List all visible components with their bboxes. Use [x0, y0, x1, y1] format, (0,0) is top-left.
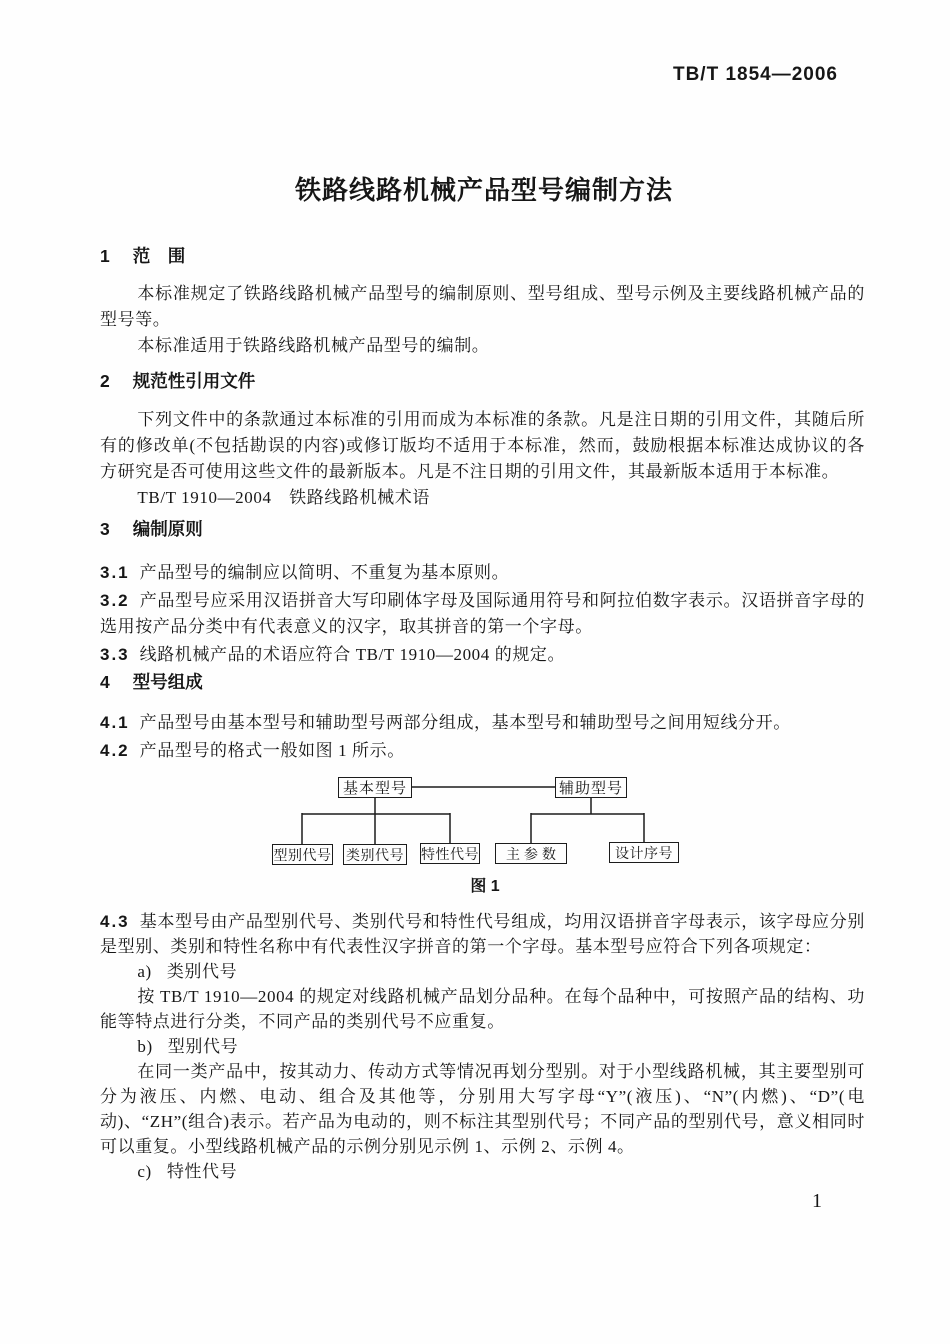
clause-4-1: 4.1产品型号由基本型号和辅助型号两部分组成，基本型号和辅助型号之间用短线分开。 [100, 710, 865, 736]
clause-number: 3.1 [100, 563, 130, 582]
clause-text: 产品型号由基本型号和辅助型号两部分组成，基本型号和辅助型号之间用短线分开。 [140, 713, 791, 732]
clause-text: 产品型号的编制应以简明、不重复为基本原则。 [140, 563, 510, 582]
clause-number: 4.1 [100, 713, 130, 732]
paragraph-scope-1: 本标准规定了铁路线路机械产品型号的编制原则、型号组成、型号示例及主要线路机械产品… [100, 281, 865, 333]
item-letter: b) [137, 1037, 152, 1056]
box-auxiliary-model: 辅助型号 [555, 777, 627, 798]
clause-3-1: 3.1产品型号的编制应以简明、不重复为基本原则。 [100, 560, 865, 586]
item-a-label: a)类别代号 [100, 959, 865, 984]
clause-text: 线路机械产品的术语应符合 TB/T 1910—2004 的规定。 [140, 645, 565, 664]
box-design-serial: 设计序号 [609, 842, 679, 863]
page-number: 1 [812, 1190, 822, 1212]
box-type-code: 型别代号 [272, 844, 333, 865]
section-heading-scope: 1范 围 [100, 245, 865, 267]
clause-number: 4.2 [100, 741, 130, 760]
section-title: 编制原则 [133, 519, 203, 539]
section-scope: 1范 围 本标准规定了铁路线路机械产品型号的编制原则、型号组成、型号示例及主要线… [100, 245, 865, 359]
section-normative-references: 2规范性引用文件 下列文件中的条款通过本标准的引用而成为本标准的条款。凡是注日期… [100, 370, 865, 511]
paragraph-scope-2: 本标准适用于铁路线路机械产品型号的编制。 [100, 333, 865, 359]
item-letter: c) [137, 1162, 151, 1181]
section-title: 型号组成 [133, 672, 203, 692]
box-basic-model: 基本型号 [338, 777, 412, 798]
referenced-standard: TB/T 1910—2004 铁路线路机械术语 [100, 485, 865, 511]
section-4-3: 4.3基本型号由产品型别代号、类别代号和特性代号组成，均用汉语拼音字母表示，该字… [100, 909, 865, 1184]
clause-3-3: 3.3线路机械产品的术语应符合 TB/T 1910—2004 的规定。 [100, 642, 865, 668]
box-category-code: 类别代号 [343, 844, 407, 865]
section-title: 范 围 [133, 246, 186, 266]
item-a-text: 按 TB/T 1910—2004 的规定对线路机械产品划分品种。在每个品种中，可… [100, 984, 865, 1034]
clause-4-3: 4.3基本型号由产品型别代号、类别代号和特性代号组成，均用汉语拼音字母表示，该字… [100, 909, 865, 959]
item-b-text: 在同一类产品中，按其动力、传动方式等情况再划分型别。对于小型线路机械，其主要型别… [100, 1059, 865, 1159]
item-letter: a) [137, 962, 151, 981]
item-title: 型别代号 [168, 1037, 238, 1056]
document-title: 铁路线路机械产品型号编制方法 [0, 176, 950, 204]
document-page: TB/T 1854—2006 铁路线路机械产品型号编制方法 1范 围 本标准规定… [0, 0, 950, 1344]
section-number: 1 [100, 246, 111, 266]
standard-code: TB/T 1854—2006 [673, 64, 838, 86]
section-title: 规范性引用文件 [133, 371, 256, 391]
clause-text: 产品型号的格式一般如图 1 所示。 [140, 741, 405, 760]
clause-number: 3.3 [100, 645, 130, 664]
item-b-label: b)型别代号 [100, 1034, 865, 1059]
clause-4-2: 4.2产品型号的格式一般如图 1 所示。 [100, 738, 865, 764]
item-c-label: c)特性代号 [100, 1159, 865, 1184]
clause-text: 基本型号由产品型别代号、类别代号和特性代号组成，均用汉语拼音字母表示，该字母应分… [100, 912, 865, 956]
paragraph-references: 下列文件中的条款通过本标准的引用而成为本标准的条款。凡是注日期的引用文件，其随后… [100, 407, 865, 485]
box-main-parameter: 主参数 [495, 843, 567, 864]
box-feature-code: 特性代号 [420, 843, 480, 864]
section-heading-references: 2规范性引用文件 [100, 370, 865, 392]
figure-1: 基本型号 辅助型号 型别代号 类别代号 特性代号 主参数 设计序号 图 1 [230, 765, 750, 905]
section-principles: 3编制原则 3.1产品型号的编制应以简明、不重复为基本原则。 3.2产品型号应采… [100, 518, 865, 668]
section-heading-composition: 4型号组成 [100, 671, 865, 693]
clause-3-2: 3.2产品型号应采用汉语拼音大写印刷体字母及国际通用符号和阿拉伯数字表示。汉语拼… [100, 588, 865, 640]
item-title: 类别代号 [167, 962, 237, 981]
section-number: 4 [100, 672, 111, 692]
figure-caption: 图 1 [455, 877, 515, 897]
clause-text: 产品型号应采用汉语拼音大写印刷体字母及国际通用符号和阿拉伯数字表示。汉语拼音字母… [100, 591, 865, 636]
section-heading-principles: 3编制原则 [100, 518, 865, 540]
clause-number: 3.2 [100, 591, 130, 610]
section-number: 2 [100, 371, 111, 391]
section-model-composition: 4型号组成 4.1产品型号由基本型号和辅助型号两部分组成，基本型号和辅助型号之间… [100, 671, 865, 764]
item-title: 特性代号 [167, 1162, 237, 1181]
clause-number: 4.3 [100, 912, 130, 931]
section-number: 3 [100, 519, 111, 539]
